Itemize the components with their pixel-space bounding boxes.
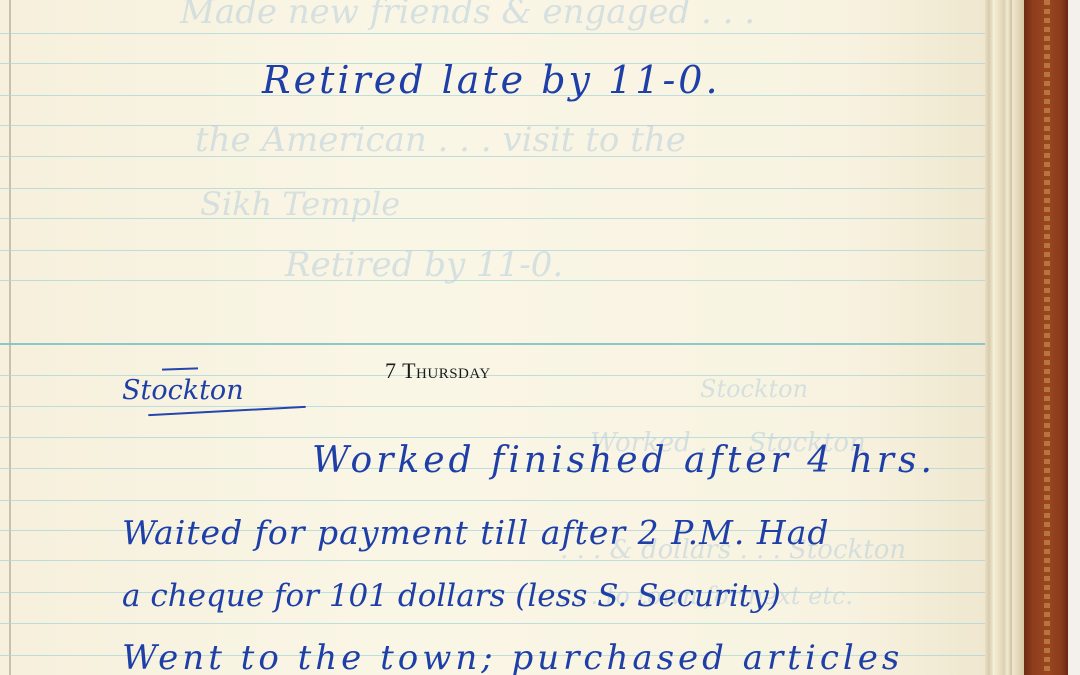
page-edge [1003,0,1012,675]
ruled-line [0,125,985,126]
ruled-line [0,280,985,281]
ruled-line [0,250,985,251]
ruled-line [0,188,985,189]
page-edge [1012,0,1024,675]
ruled-line [0,406,985,407]
ruled-line [0,218,985,219]
margin-note-underline [148,406,306,416]
ruled-line-day-separator [0,343,985,345]
ruled-line [0,500,985,501]
ruled-line [0,623,985,624]
margin-note-place: Stockton [122,375,244,406]
background-outside-book [1068,0,1080,675]
printed-day-heading: 7 Thursday [385,358,491,384]
ruled-line [0,437,985,438]
entry-line-4: Went to the town; purchased articles [122,638,903,675]
ruled-line [0,33,985,34]
entry-line-3: a cheque for 101 dollars (less S. Securi… [122,578,781,614]
margin-note-mark [162,367,198,370]
page-edge [993,0,1003,675]
margin-line [9,0,11,675]
entry-line-1: Worked finished after 4 hrs. [312,440,936,481]
entry-retired-late: Retired late by 11-0. [262,58,721,102]
cover-stitching [1044,0,1050,675]
diary-page: Made new friends & engaged . . . the Ame… [0,0,985,675]
page-edge [985,0,993,675]
bleed-through-text: Made new friends & engaged . . . [180,0,755,32]
bleed-through-text: Stockton [700,375,808,403]
ruled-line [0,156,985,157]
ruled-line [0,560,985,561]
entry-line-2: Waited for payment till after 2 P.M. Had [122,513,830,552]
